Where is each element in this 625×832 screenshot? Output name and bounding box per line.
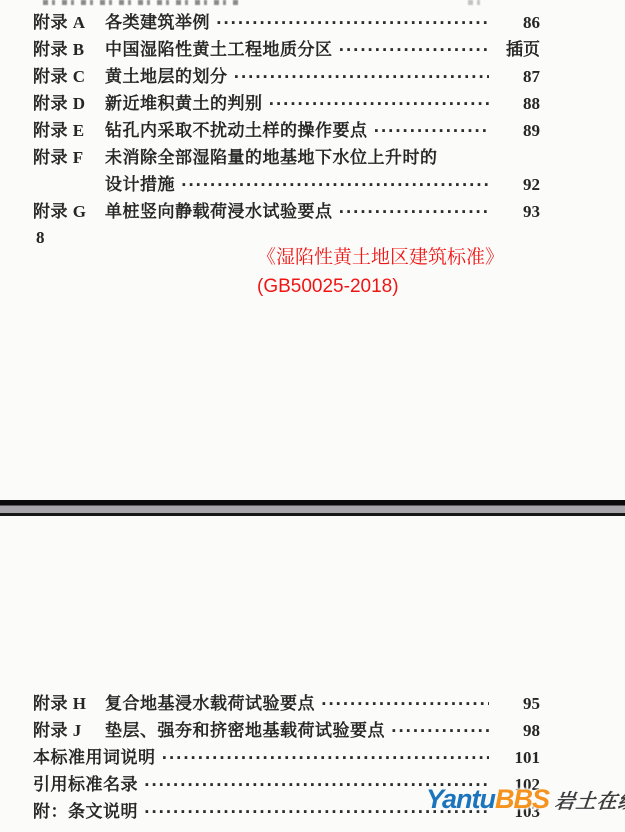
scanned-document-page: 附录 A各类建筑举例······························… xyxy=(0,0,625,832)
watermark-cjk-text: 岩土在线 xyxy=(553,785,625,814)
toc-page-number: 87 xyxy=(496,63,540,90)
toc-entry-title: 复合地基浸水载荷试验要点 xyxy=(105,690,315,717)
toc-row: 设计措施····································… xyxy=(33,171,540,198)
toc-entry-title: 引用标准名录 xyxy=(33,771,138,798)
toc-dot-leader: ········································… xyxy=(234,64,490,91)
toc-entry-title: 黄土地层的划分 xyxy=(105,63,228,90)
scan-join-divider xyxy=(0,500,625,516)
toc-entry-label: 附录 C xyxy=(33,63,105,90)
standard-code-line: (GB50025-2018) xyxy=(257,272,504,301)
toc-entry-label: 附录 E xyxy=(33,117,105,144)
toc-row: 附录 C黄土地层的划分·····························… xyxy=(33,63,540,90)
folio-page-number: 8 xyxy=(36,228,45,248)
clipped-text-remnant xyxy=(468,0,484,5)
toc-dot-leader: ········································… xyxy=(339,199,490,226)
toc-dot-leader: ········································… xyxy=(269,91,490,118)
toc-entry-label: 附录 B xyxy=(33,36,105,63)
toc-row: 附录 G单桩竖向静载荷浸水试验要点·······················… xyxy=(33,198,540,225)
toc-row: 附录 J垫层、强夯和挤密地基载荷试验要点····················… xyxy=(33,717,540,744)
toc-entry-title: 垫层、强夯和挤密地基载荷试验要点 xyxy=(105,717,385,744)
toc-entry-title: 各类建筑举例 xyxy=(105,9,210,36)
toc-row: 本标准用词说明·································… xyxy=(33,744,540,771)
toc-row: 附录 A各类建筑举例······························… xyxy=(33,9,540,36)
toc-page-number: 86 xyxy=(496,9,540,36)
toc-dot-leader: ········································… xyxy=(391,718,489,745)
toc-page-number: 插页 xyxy=(496,36,540,63)
yantubbs-watermark-logo: YantuBBS 岩土在线 xyxy=(426,784,625,815)
toc-dot-leader: ········································… xyxy=(181,172,489,199)
toc-entry-title: 单桩竖向静载荷浸水试验要点 xyxy=(105,198,333,225)
watermark-yantu-text: Yantu xyxy=(426,784,495,815)
standard-title-line: 《湿陷性黄土地区建筑标准》 xyxy=(257,243,504,272)
toc-entry-title: 设计措施 xyxy=(105,171,175,198)
standard-title-caption: 《湿陷性黄土地区建筑标准》 (GB50025-2018) xyxy=(257,243,504,301)
toc-page-number: 89 xyxy=(496,117,540,144)
toc-dot-leader: ········································… xyxy=(321,691,489,718)
toc-page-number: 93 xyxy=(496,198,540,225)
toc-dot-leader: ········································… xyxy=(339,37,490,64)
toc-page-number: 98 xyxy=(496,717,540,744)
toc-entry-title: 本标准用词说明 xyxy=(33,744,156,771)
toc-page-number: 92 xyxy=(496,171,540,198)
toc-dot-leader: ········································… xyxy=(374,118,490,145)
toc-entry-label: 附录 D xyxy=(33,90,105,117)
toc-entry-label: 附录 F xyxy=(33,144,105,171)
toc-dot-leader: ········································… xyxy=(162,745,490,772)
watermark-bbs-text: BBS xyxy=(495,784,549,815)
toc-row: 附录 F未消除全部湿陷量的地基地下水位上升时的 xyxy=(33,144,540,171)
toc-row: 附录 D新近堆积黄土的判别···························… xyxy=(33,90,540,117)
toc-entry-label: 附录 A xyxy=(33,9,105,36)
toc-entry-title: 未消除全部湿陷量的地基地下水位上升时的 xyxy=(105,144,438,171)
toc-appendix-list-top: 附录 A各类建筑举例······························… xyxy=(33,9,540,225)
toc-row: 附录 E钻孔内采取不扰动土样的操作要点·····················… xyxy=(33,117,540,144)
toc-entry-title: 附：条文说明 xyxy=(33,798,138,825)
toc-row: 附录 H复合地基浸水载荷试验要点························… xyxy=(33,690,540,717)
toc-entry-label: 附录 J xyxy=(33,717,105,744)
toc-entry-title: 中国湿陷性黄土工程地质分区 xyxy=(105,36,333,63)
toc-row: 附录 B中国湿陷性黄土工程地质分区·······················… xyxy=(33,36,540,63)
toc-entry-label: 附录 G xyxy=(33,198,105,225)
toc-page-number: 88 xyxy=(496,90,540,117)
toc-entry-title: 钻孔内采取不扰动土样的操作要点 xyxy=(105,117,368,144)
toc-dot-leader: ········································… xyxy=(216,10,489,37)
toc-entry-title: 新近堆积黄土的判别 xyxy=(105,90,263,117)
toc-page-number: 101 xyxy=(496,744,540,771)
toc-page-number: 95 xyxy=(496,690,540,717)
clipped-text-remnant xyxy=(43,0,238,5)
toc-entry-label: 附录 H xyxy=(33,690,105,717)
